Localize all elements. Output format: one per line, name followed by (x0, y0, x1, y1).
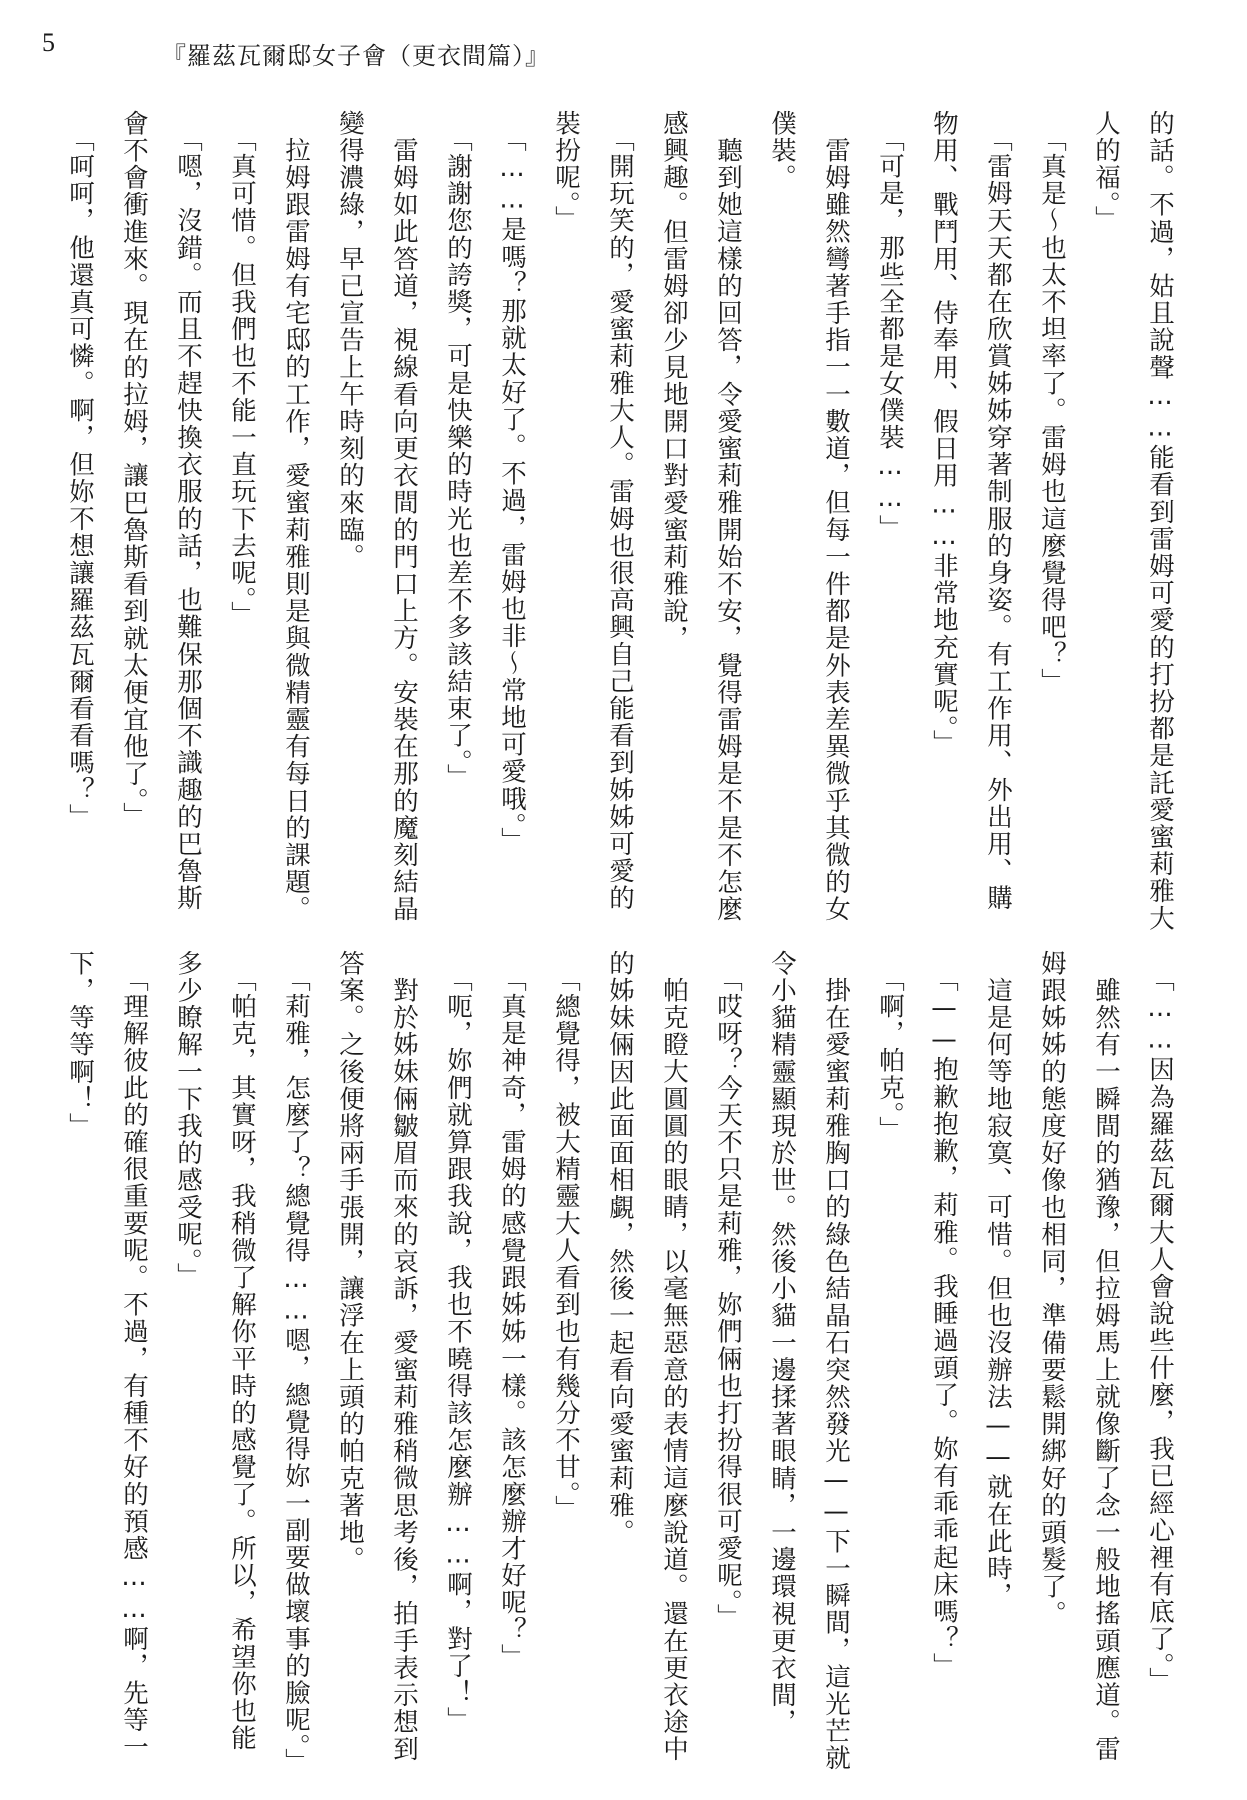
text-column: 「真是神奇，雷姆的感覺跟姊姊一樣。該怎麼辦才好呢？」 (485, 950, 539, 1710)
text-column: 「真可惜。但我們也不能一直玩下去呢。」 (215, 110, 269, 870)
lower-text-block: 「……因為羅茲瓦爾大人會說些什麼，我已經心裡有底了。」 雖然有一瞬間的猶豫，但拉… (53, 950, 1187, 1710)
text-column: 答案。之後便將兩手張開，讓浮在上頭的帕克著地。 (323, 950, 377, 1710)
text-column: 變得濃綠，早已宣告上午時刻的來臨。 (323, 110, 377, 870)
text-column: 人的福。」 (1079, 110, 1133, 870)
text-column: 雷姆如此答道，視線看向更衣間的門口上方。安裝在那的魔刻結晶 (377, 110, 431, 870)
text-column: 「可是，那些全都是女僕裝……」 (863, 110, 917, 870)
text-column: 「啊，帕克。」 (863, 950, 917, 1710)
text-column: 這是何等地寂寞、可惜。但也沒辦法——就在此時， (971, 950, 1025, 1710)
text-column: 姆跟姊姊的態度好像也相同，準備要鬆開綁好的頭髮了。 (1025, 950, 1079, 1710)
text-column: 帕克瞪大圓圓的眼睛，以毫無惡意的表情這麼說道。還在更衣途中 (647, 950, 701, 1710)
text-column: 「開玩笑的，愛蜜莉雅大人。雷姆也很高興自己能看到姊姊可愛的 (593, 110, 647, 870)
text-column: 「呃，妳們就算跟我說，我也不曉得該怎麼辦……啊，對了！」 (431, 950, 485, 1710)
text-column: 僕裝。 (755, 110, 809, 870)
text-column: 感興趣。但雷姆卻少見地開口對愛蜜莉雅說， (647, 110, 701, 870)
text-column: 「雷姆天天都在欣賞姊姊穿著制服的身姿。有工作用、外出用、購 (971, 110, 1025, 870)
text-column: 雷姆雖然彎著手指一一數道，但每一件都是外表差異微乎其微的女 (809, 110, 863, 870)
text-column: 的話。不過，姑且說聲……能看到雷姆可愛的打扮都是託愛蜜莉雅大 (1133, 110, 1187, 870)
text-column: 下，等等啊！」 (53, 950, 107, 1710)
text-column: 「哎呀？今天不只是莉雅，妳們倆也打扮得很可愛呢。」 (701, 950, 755, 1710)
text-column: 「……因為羅茲瓦爾大人會說些什麼，我已經心裡有底了。」 (1133, 950, 1187, 1710)
text-column: 令小貓精靈顯現於世。然後小貓一邊揉著眼睛，一邊環視更衣間， (755, 950, 809, 1710)
text-column: 「呵呵，他還真可憐。啊，但妳不想讓羅茲瓦爾看看嗎？」 (53, 110, 107, 870)
text-column: 「……是嗎？那就太好了。不過，雷姆也非～常地可愛哦。」 (485, 110, 539, 870)
text-column: 對於姊妹倆皺眉而來的哀訴，愛蜜莉雅稍微思考後，拍手表示想到 (377, 950, 431, 1710)
text-column: 「真是～也太不坦率了。雷姆也這麼覺得吧？」 (1025, 110, 1079, 870)
text-column: 多少瞭解一下我的感受呢。」 (161, 950, 215, 1710)
text-column: 「——抱歉抱歉，莉雅。我睡過頭了。妳有乖乖起床嗎？」 (917, 950, 971, 1710)
page-number: 5 (42, 28, 55, 58)
text-column: 會不會衝進來。現在的拉姆，讓巴魯斯看到就太便宜他了。」 (107, 110, 161, 870)
text-column: 物用、戰鬥用、侍奉用、假日用……非常地充實呢。」 (917, 110, 971, 870)
text-column: 掛在愛蜜莉雅胸口的綠色結晶石突然發光——下一瞬間，這光芒就 (809, 950, 863, 1710)
text-column: 「理解彼此的確很重要呢。不過，有種不好的預感……啊，先等一 (107, 950, 161, 1710)
text-column: 聽到她這樣的回答，令愛蜜莉雅開始不安，覺得雷姆是不是不怎麼 (701, 110, 755, 870)
text-column: 「謝謝您的誇獎，可是快樂的時光也差不多該結束了。」 (431, 110, 485, 870)
text-column: 拉姆跟雷姆有宅邸的工作，愛蜜莉雅則是與微精靈有每日的課題。 (269, 110, 323, 870)
running-title: 『羅茲瓦爾邸女子會（更衣間篇）』 (162, 36, 550, 71)
text-column: 「總覺得，被大精靈大人看到也有幾分不甘。」 (539, 950, 593, 1710)
text-column: 裝扮呢。」 (539, 110, 593, 870)
text-column: 「帕克，其實呀，我稍微了解你平時的感覺了。所以，希望你也能 (215, 950, 269, 1710)
text-column: 雖然有一瞬間的猶豫，但拉姆馬上就像斷了念一般地搖頭應道。雷 (1079, 950, 1133, 1710)
upper-text-block: 的話。不過，姑且說聲……能看到雷姆可愛的打扮都是託愛蜜莉雅大 人的福。」 「真是… (53, 110, 1187, 870)
text-column: 「嗯，沒錯。而且不趕快換衣服的話，也難保那個不識趣的巴魯斯 (161, 110, 215, 870)
text-column: 的姊妹倆因此面面相覷，然後一起看向愛蜜莉雅。 (593, 950, 647, 1710)
text-column: 「莉雅，怎麼了？總覺得……嗯，總覺得妳一副要做壞事的臉呢。」 (269, 950, 323, 1710)
